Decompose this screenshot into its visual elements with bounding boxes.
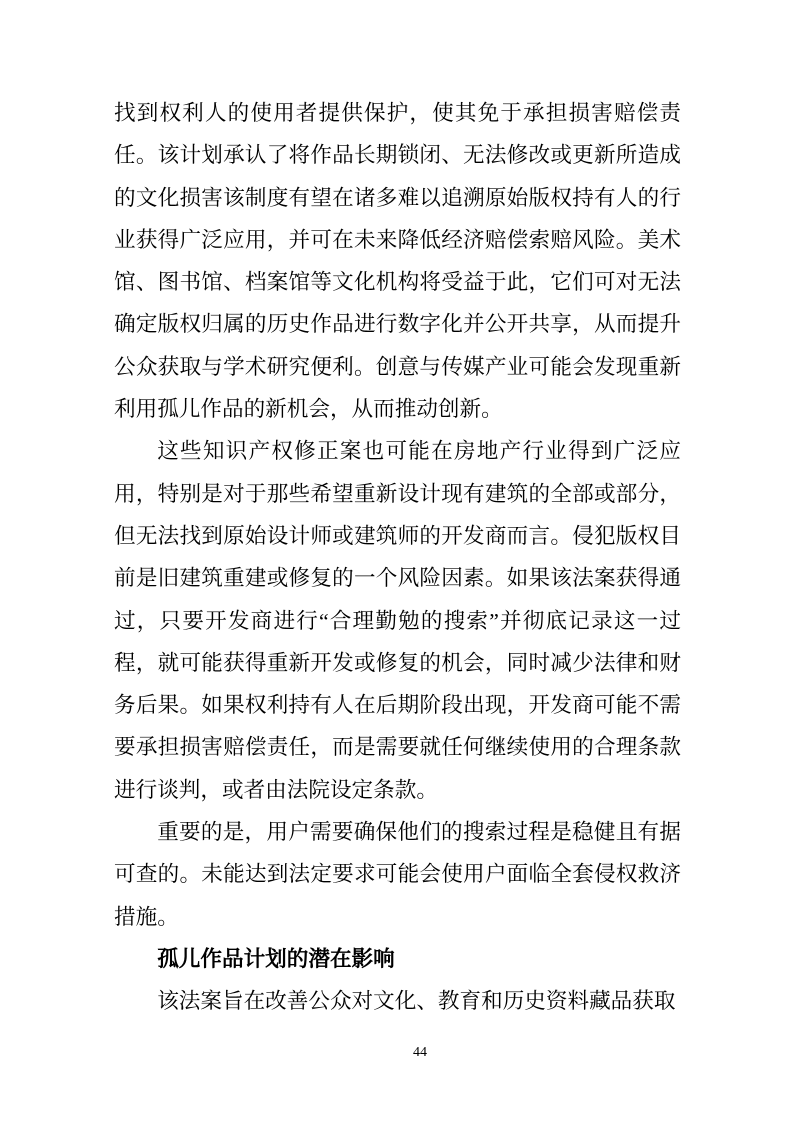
document-body: 找到权利人的使用者提供保护，使其免于承担损害赔偿责任。该计划承认了将作品长期锁闭… <box>114 92 681 1023</box>
document-page: 找到权利人的使用者提供保护，使其免于承担损害赔偿责任。该计划承认了将作品长期锁闭… <box>0 0 793 1122</box>
page-number: 44 <box>0 1044 793 1062</box>
section-heading: 孤儿作品计划的潜在影响 <box>114 938 681 980</box>
paragraph-4: 该法案旨在改善公众对文化、教育和历史资料藏品获取 <box>114 980 681 1022</box>
paragraph-3: 重要的是，用户需要确保他们的搜索过程是稳健且有据可查的。未能达到法定要求可能会使… <box>114 811 681 938</box>
paragraph-1: 找到权利人的使用者提供保护，使其免于承担损害赔偿责任。该计划承认了将作品长期锁闭… <box>114 92 681 430</box>
paragraph-2: 这些知识产权修正案也可能在房地产行业得到广泛应用，特别是对于那些希望重新设计现有… <box>114 430 681 811</box>
